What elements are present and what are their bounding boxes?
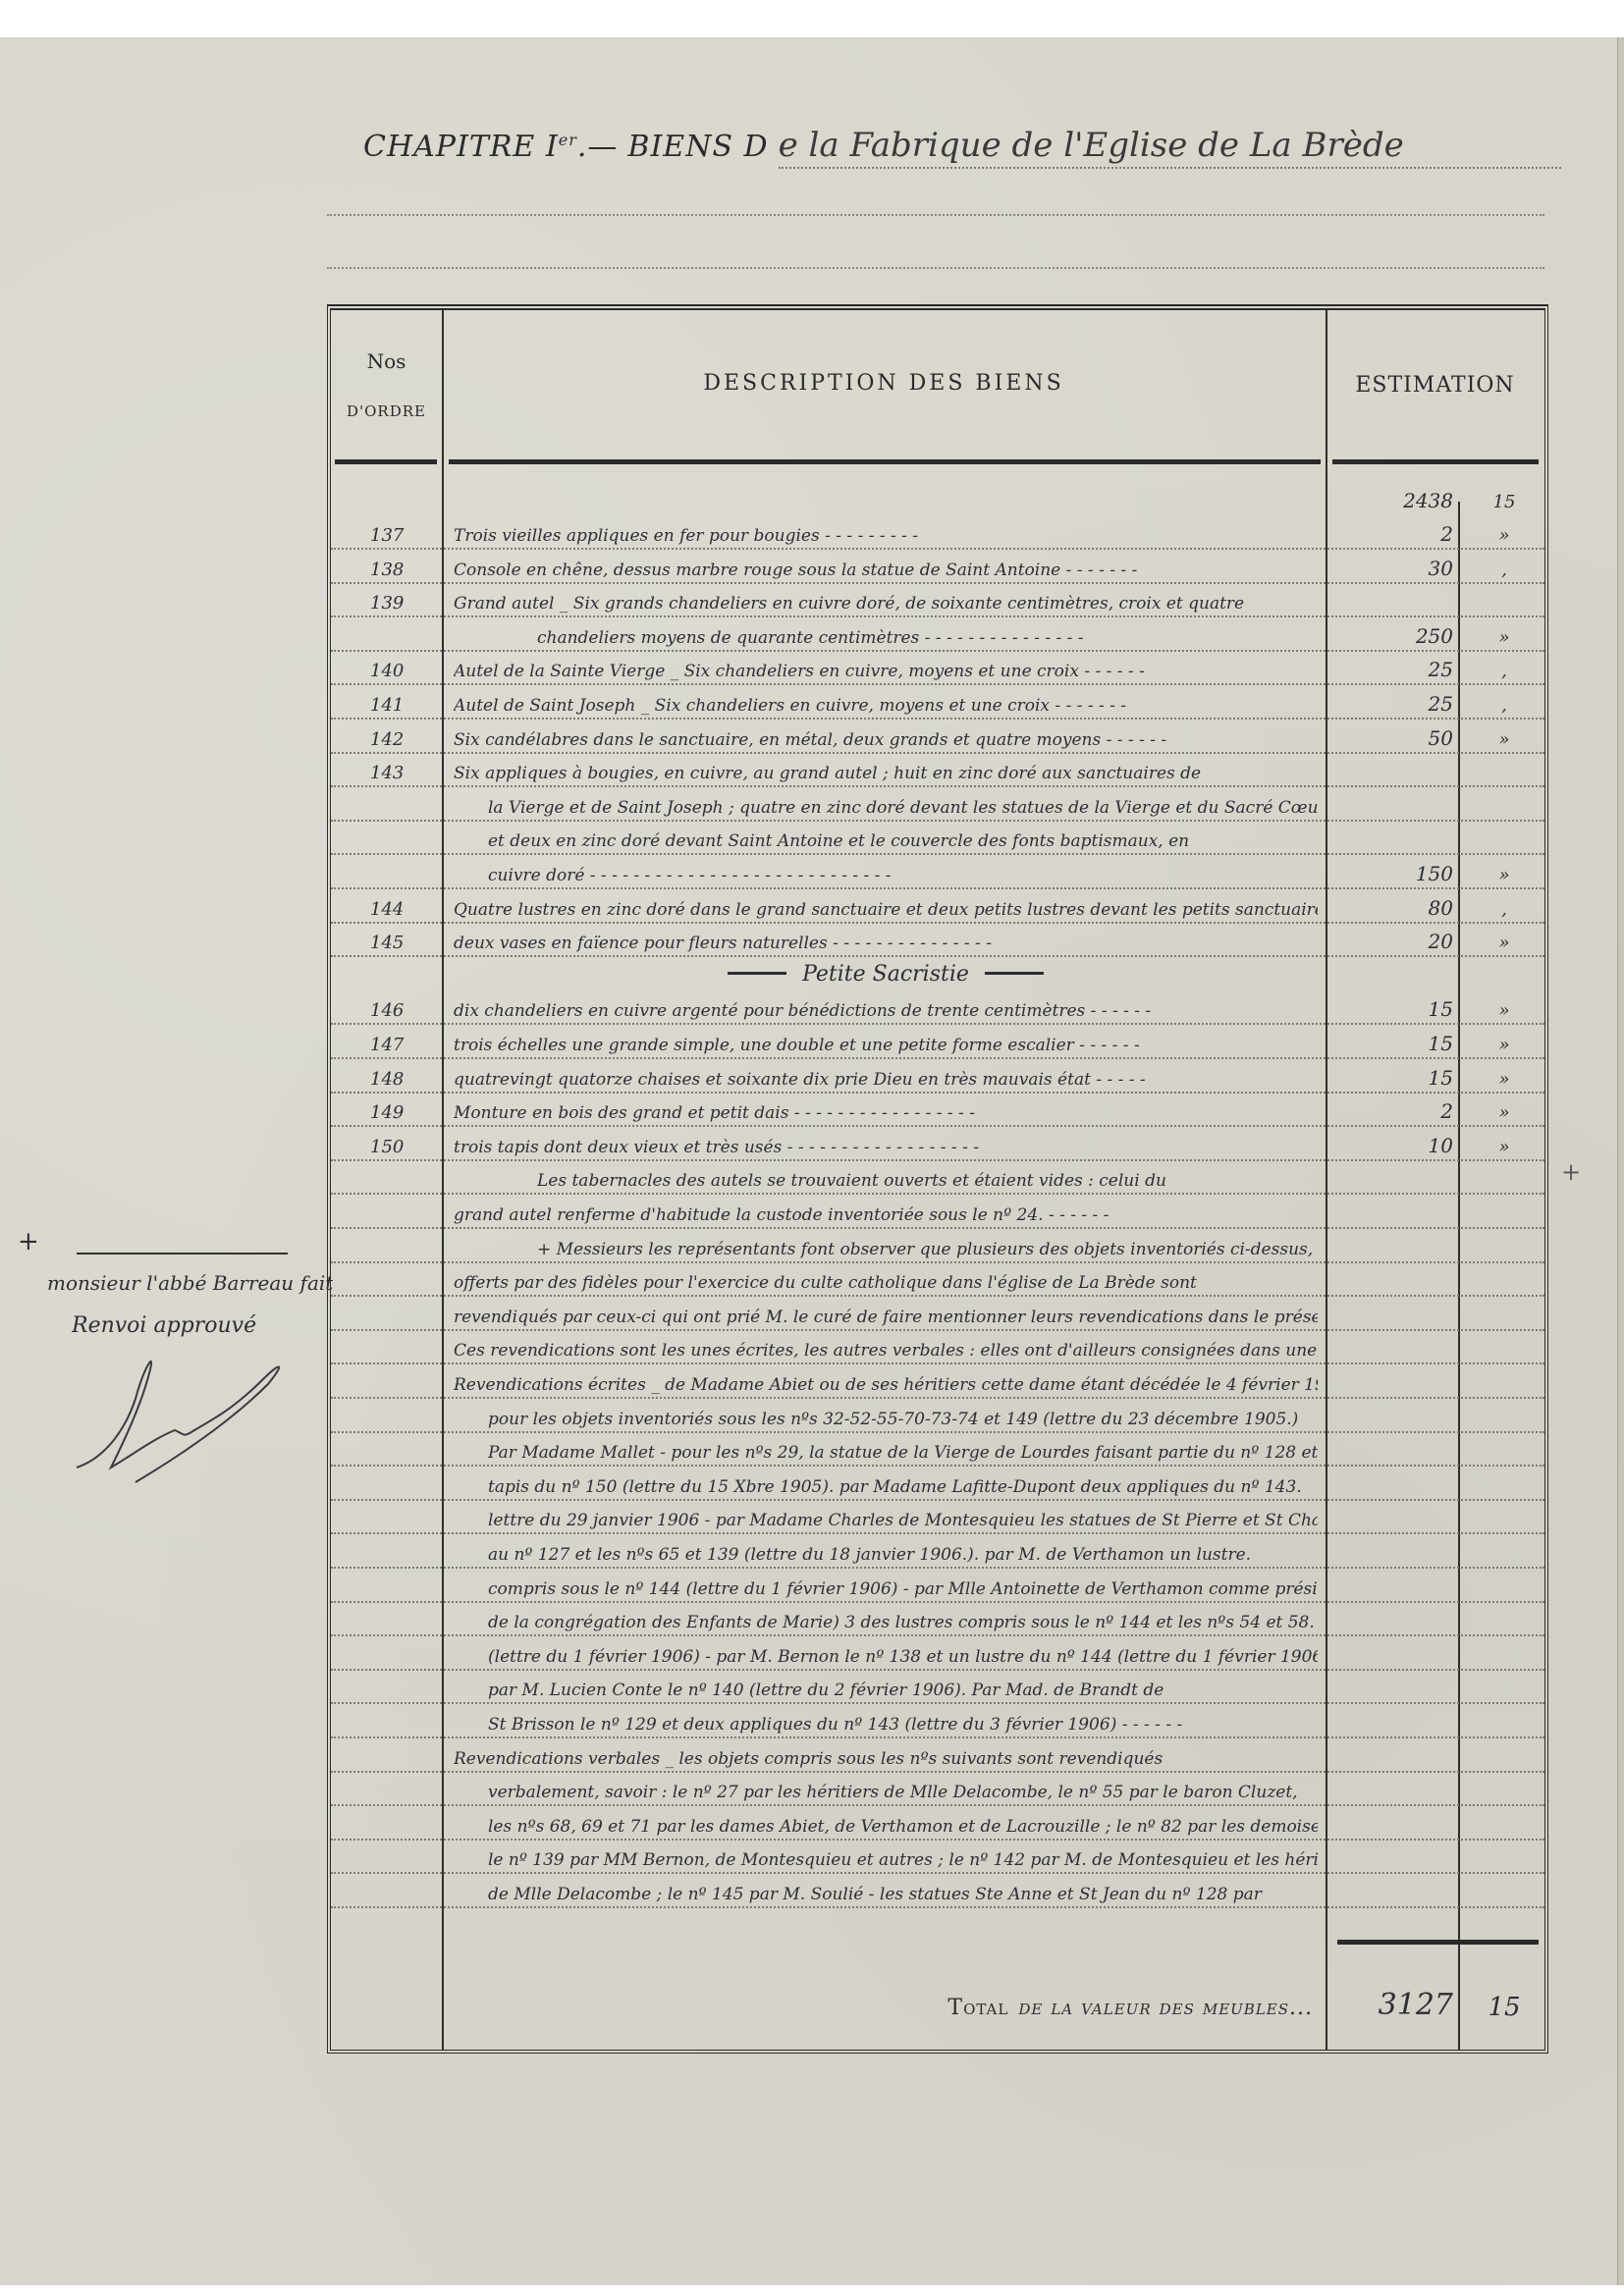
page-edge bbox=[1617, 37, 1624, 2285]
header-rule bbox=[335, 459, 437, 464]
row-description: + Messieurs les représentants font obser… bbox=[537, 1240, 1318, 1259]
table-row: 143Six appliques à bougies, en cuivre, a… bbox=[331, 756, 1544, 789]
row-rule bbox=[331, 853, 1544, 855]
table-row: 144Quatre lustres en zinc doré dans le g… bbox=[331, 892, 1544, 926]
total-row: Totalde la valeur des meubles... 3127 15 bbox=[331, 1979, 1544, 2028]
row-rule bbox=[331, 820, 1544, 822]
row-number: 146 bbox=[370, 1000, 439, 1021]
section-heading-row: Petite Sacristie bbox=[331, 960, 1544, 993]
row-description: Quatre lustres en zinc doré dans le gran… bbox=[454, 900, 1318, 920]
carried-cents: 15 bbox=[1470, 492, 1539, 512]
row-francs: 15 bbox=[1337, 1032, 1453, 1055]
row-description: compris sous le nº 144 (lettre du 1 févr… bbox=[488, 1579, 1318, 1599]
header-ordre: D'ORDRE bbox=[347, 402, 426, 420]
table-row: 146dix chandeliers en cuivre argenté pou… bbox=[331, 993, 1544, 1027]
carried-forward-row: 2438 15 bbox=[331, 485, 1544, 518]
row-description: trois tapis dont deux vieux et très usés… bbox=[454, 1138, 1318, 1157]
row-number: 137 bbox=[370, 525, 439, 546]
row-description: Les tabernacles des autels se trouvaient… bbox=[537, 1171, 1318, 1191]
row-description: Grand autel _ Six grands chandeliers en … bbox=[454, 594, 1318, 614]
row-description: et deux en zinc doré devant Saint Antoin… bbox=[488, 831, 1318, 851]
row-rule bbox=[331, 1702, 1544, 1704]
header-estimation: ESTIMATION bbox=[1326, 310, 1544, 459]
row-description: Six appliques à bougies, en cuivre, au g… bbox=[454, 764, 1318, 783]
chapter-label: CHAPITRE Ier.— bbox=[363, 130, 618, 164]
row-number: 144 bbox=[370, 899, 439, 920]
header-description: DESCRIPTION DES BIENS bbox=[442, 310, 1326, 459]
row-number: 145 bbox=[370, 933, 439, 953]
row-description: la Vierge et de Saint Joseph ; quatre en… bbox=[488, 798, 1318, 818]
table-row: chandeliers moyens de quarante centimètr… bbox=[331, 620, 1544, 654]
row-francs: 50 bbox=[1337, 726, 1453, 750]
row-number: 147 bbox=[370, 1035, 439, 1055]
row-description: de Mlle Delacombe ; le nº 145 par M. Sou… bbox=[488, 1885, 1318, 1904]
row-rule bbox=[331, 1023, 1544, 1025]
table-row: les nºs 68, 69 et 71 par les dames Abiet… bbox=[331, 1809, 1544, 1842]
table-row: 137Trois vieilles appliques en fer pour … bbox=[331, 518, 1544, 552]
header-rule bbox=[1332, 459, 1539, 464]
row-description: trois échelles une grande simple, une do… bbox=[454, 1036, 1318, 1055]
row-description: revendiqués par ceux-ci qui ont prié M. … bbox=[454, 1308, 1318, 1327]
row-description: (lettre du 1 février 1906) - par M. Bern… bbox=[488, 1647, 1318, 1667]
row-rule bbox=[331, 1057, 1544, 1059]
row-francs: 30 bbox=[1337, 557, 1453, 580]
table-row: le nº 139 par MM Bernon, de Montesquieu … bbox=[331, 1842, 1544, 1876]
row-cents: , bbox=[1470, 899, 1539, 920]
row-number: 140 bbox=[370, 661, 439, 681]
row-rule bbox=[331, 650, 1544, 652]
row-description: deux vases en faïence pour fleurs nature… bbox=[454, 934, 1318, 953]
row-rule bbox=[331, 1362, 1544, 1364]
row-cents: , bbox=[1470, 661, 1539, 681]
row-francs: 15 bbox=[1337, 997, 1453, 1021]
table-row: pour les objets inventoriés sous les nºs… bbox=[331, 1402, 1544, 1435]
handwritten-title: e la Fabrique de l'Eglise de La Brède bbox=[779, 126, 1561, 169]
row-cents: » bbox=[1470, 627, 1539, 648]
row-rule bbox=[331, 1532, 1544, 1534]
row-rule bbox=[331, 1634, 1544, 1636]
row-francs: 20 bbox=[1337, 930, 1453, 953]
row-cents: » bbox=[1470, 1102, 1539, 1123]
table-row: 139Grand autel _ Six grands chandeliers … bbox=[331, 586, 1544, 619]
row-description: Six candélabres dans le sanctuaire, en m… bbox=[454, 730, 1318, 750]
row-number: 141 bbox=[370, 695, 439, 716]
row-number: 139 bbox=[370, 593, 439, 614]
row-description: Console en chêne, dessus marbre rouge so… bbox=[454, 561, 1318, 580]
row-rule bbox=[331, 1261, 1544, 1263]
row-number: 149 bbox=[370, 1102, 439, 1123]
row-rule bbox=[331, 1669, 1544, 1671]
table-row: de la congrégation des Enfants de Marie)… bbox=[331, 1605, 1544, 1638]
table-row: Par Madame Mallet - pour les nºs 29, la … bbox=[331, 1435, 1544, 1468]
total-label: Totalde la valeur des meubles... bbox=[947, 1996, 1313, 2020]
row-description: dix chandeliers en cuivre argenté pour b… bbox=[454, 1001, 1318, 1021]
row-description: de la congrégation des Enfants de Marie)… bbox=[488, 1613, 1318, 1632]
row-description: cuivre doré - - - - - - - - - - - - - - … bbox=[488, 866, 1318, 885]
row-description: Monture en bois des grand et petit dais … bbox=[454, 1103, 1318, 1123]
plus-mark: + bbox=[1561, 1158, 1581, 1186]
carried-francs: 2438 bbox=[1337, 489, 1453, 512]
row-francs: 2 bbox=[1337, 1099, 1453, 1123]
row-description: grand autel renferme d'habitude la custo… bbox=[454, 1205, 1318, 1225]
row-number: 150 bbox=[370, 1137, 439, 1157]
row-number: 138 bbox=[370, 560, 439, 580]
table-row: 140Autel de la Sainte Vierge _ Six chand… bbox=[331, 654, 1544, 687]
row-description: verbalement, savoir : le nº 27 par les h… bbox=[488, 1783, 1318, 1802]
row-cents: » bbox=[1470, 525, 1539, 546]
row-rule bbox=[331, 582, 1544, 584]
row-description: Revendications verbales _ les objets com… bbox=[454, 1749, 1318, 1769]
table-row: St Brisson le nº 129 et deux appliques d… bbox=[331, 1707, 1544, 1740]
row-rule bbox=[331, 887, 1544, 889]
row-number: 143 bbox=[370, 763, 439, 783]
header-nos-ordre: Nos D'ORDRE bbox=[331, 310, 442, 459]
row-description: Par Madame Mallet - pour les nºs 29, la … bbox=[488, 1443, 1318, 1463]
row-rule bbox=[331, 615, 1544, 617]
row-francs: 150 bbox=[1337, 862, 1453, 885]
row-francs: 25 bbox=[1337, 658, 1453, 681]
row-description: quatrevingt quatorze chaises et soixante… bbox=[454, 1070, 1318, 1090]
row-cents: » bbox=[1470, 729, 1539, 750]
table-row: revendiqués par ceux-ci qui ont prié M. … bbox=[331, 1300, 1544, 1333]
row-description: le nº 139 par MM Bernon, de Montesquieu … bbox=[488, 1850, 1318, 1870]
table-row: lettre du 29 janvier 1906 - par Madame C… bbox=[331, 1503, 1544, 1536]
row-cents: » bbox=[1470, 933, 1539, 953]
table-row: compris sous le nº 144 (lettre du 1 févr… bbox=[331, 1572, 1544, 1605]
row-francs: 250 bbox=[1337, 624, 1453, 648]
row-rule bbox=[331, 1329, 1544, 1331]
table-row: la Vierge et de Saint Joseph ; quatre en… bbox=[331, 790, 1544, 824]
total-francs: 3127 bbox=[1337, 1988, 1453, 2022]
table-row: 150trois tapis dont deux vieux et très u… bbox=[331, 1130, 1544, 1163]
table-row: 149Monture en bois des grand et petit da… bbox=[331, 1095, 1544, 1129]
table-row: au nº 127 et les nºs 65 et 139 (lettre d… bbox=[331, 1537, 1544, 1571]
row-rule bbox=[331, 1092, 1544, 1094]
row-rule bbox=[331, 1465, 1544, 1467]
table-row: cuivre doré - - - - - - - - - - - - - - … bbox=[331, 858, 1544, 891]
row-francs: 15 bbox=[1337, 1066, 1453, 1090]
margin-note-line1: monsieur l'abbé Barreau fait bbox=[47, 1271, 333, 1295]
header-rule bbox=[449, 459, 1321, 464]
table-row: + Messieurs les représentants font obser… bbox=[331, 1232, 1544, 1265]
table-row: 141Autel de Saint Joseph _ Six chandelie… bbox=[331, 688, 1544, 721]
row-description: lettre du 29 janvier 1906 - par Madame C… bbox=[488, 1511, 1318, 1530]
row-rule bbox=[331, 1193, 1544, 1195]
row-rule bbox=[331, 1601, 1544, 1603]
table-row: offerts par des fidèles pour l'exercice … bbox=[331, 1265, 1544, 1299]
row-description: Ces revendications sont les unes écrites… bbox=[454, 1341, 1318, 1361]
blank-dotted-line bbox=[327, 214, 1544, 216]
row-rule bbox=[331, 1397, 1544, 1399]
table-row: tapis du nº 150 (lettre du 15 Xbre 1905)… bbox=[331, 1469, 1544, 1503]
signature-icon bbox=[67, 1340, 302, 1487]
row-rule bbox=[331, 1499, 1544, 1501]
row-rule bbox=[331, 1906, 1544, 1908]
row-cents: , bbox=[1470, 560, 1539, 580]
row-description: Trois vieilles appliques en fer pour bou… bbox=[454, 526, 1318, 546]
table-row: de Mlle Delacombe ; le nº 145 par M. Sou… bbox=[331, 1877, 1544, 1910]
total-handwritten: de la valeur des meubles... bbox=[1018, 1996, 1313, 2020]
table-row: Ces revendications sont les unes écrites… bbox=[331, 1333, 1544, 1366]
row-cents: » bbox=[1470, 1069, 1539, 1090]
row-description: Autel de la Sainte Vierge _ Six chandeli… bbox=[454, 662, 1318, 681]
row-rule bbox=[331, 1771, 1544, 1773]
row-rule bbox=[331, 785, 1544, 787]
table-row: Revendications écrites _ de Madame Abiet… bbox=[331, 1367, 1544, 1401]
row-cents: » bbox=[1470, 865, 1539, 885]
blank-dotted-line bbox=[327, 267, 1544, 269]
row-rule bbox=[331, 683, 1544, 685]
row-rule bbox=[331, 718, 1544, 720]
row-rule bbox=[331, 1736, 1544, 1738]
table-row: 138Console en chêne, dessus marbre rouge… bbox=[331, 553, 1544, 586]
row-rule bbox=[331, 1872, 1544, 1874]
row-description: tapis du nº 150 (lettre du 15 Xbre 1905)… bbox=[488, 1477, 1318, 1497]
row-rule bbox=[331, 1804, 1544, 1806]
row-francs: 25 bbox=[1337, 692, 1453, 716]
row-description: chandeliers moyens de quarante centimètr… bbox=[537, 628, 1318, 648]
row-cents: » bbox=[1470, 1137, 1539, 1157]
row-description: pour les objets inventoriés sous les nºs… bbox=[488, 1410, 1318, 1429]
row-rule bbox=[331, 1295, 1544, 1297]
table-row: 148quatrevingt quatorze chaises et soixa… bbox=[331, 1062, 1544, 1095]
row-description: par M. Lucien Conte le nº 140 (lettre du… bbox=[488, 1681, 1318, 1700]
table-row: et deux en zinc doré devant Saint Antoin… bbox=[331, 824, 1544, 857]
row-number: 142 bbox=[370, 729, 439, 750]
biens-label: BIENS D bbox=[627, 130, 768, 164]
inventory-table: Nos D'ORDRE DESCRIPTION DES BIENS ESTIMA… bbox=[327, 304, 1548, 2054]
row-francs: 2 bbox=[1337, 522, 1453, 546]
table-row: Les tabernacles des autels se trouvaient… bbox=[331, 1163, 1544, 1197]
row-description: au nº 127 et les nºs 65 et 139 (lettre d… bbox=[488, 1545, 1318, 1565]
row-rule bbox=[331, 922, 1544, 924]
row-cents: » bbox=[1470, 1000, 1539, 1021]
row-francs: 80 bbox=[1337, 896, 1453, 920]
row-rule bbox=[331, 752, 1544, 754]
row-rule bbox=[331, 1227, 1544, 1229]
table-row: par M. Lucien Conte le nº 140 (lettre du… bbox=[331, 1673, 1544, 1706]
row-description: Autel de Saint Joseph _ Six chandeliers … bbox=[454, 696, 1318, 716]
table-row: (lettre du 1 février 1906) - par M. Bern… bbox=[331, 1639, 1544, 1673]
plus-mark: + bbox=[18, 1227, 39, 1256]
row-rule bbox=[331, 1125, 1544, 1127]
row-description: les nºs 68, 69 et 71 par les dames Abiet… bbox=[488, 1817, 1318, 1837]
row-rule bbox=[331, 1431, 1544, 1433]
row-rule bbox=[331, 1839, 1544, 1841]
table-row: 142Six candélabres dans le sanctuaire, e… bbox=[331, 722, 1544, 756]
table-row: 147trois échelles une grande simple, une… bbox=[331, 1028, 1544, 1061]
margin-note-line2: Renvoi approuvé bbox=[72, 1313, 256, 1338]
chapter-title: CHAPITRE Ier.— BIENS D e la Fabrique de … bbox=[363, 126, 1561, 185]
total-cents: 15 bbox=[1470, 1993, 1539, 2022]
row-rule bbox=[331, 548, 1544, 550]
table-row: grand autel renferme d'habitude la custo… bbox=[331, 1198, 1544, 1231]
row-francs: 10 bbox=[1337, 1134, 1453, 1157]
header-nos: Nos bbox=[367, 349, 406, 373]
row-rule bbox=[331, 1159, 1544, 1161]
row-description: Revendications écrites _ de Madame Abiet… bbox=[454, 1375, 1318, 1395]
section-heading: Petite Sacristie bbox=[454, 955, 1318, 988]
row-description: offerts par des fidèles pour l'exercice … bbox=[454, 1273, 1318, 1293]
row-description: St Brisson le nº 129 et deux appliques d… bbox=[488, 1715, 1318, 1735]
row-rule bbox=[331, 1567, 1544, 1569]
margin-rule bbox=[77, 1253, 288, 1255]
total-rule bbox=[1337, 1940, 1539, 1945]
table-row: Revendications verbales _ les objets com… bbox=[331, 1741, 1544, 1775]
row-number: 148 bbox=[370, 1069, 439, 1090]
row-cents: » bbox=[1470, 1035, 1539, 1055]
row-cents: , bbox=[1470, 695, 1539, 716]
table-row: verbalement, savoir : le nº 27 par les h… bbox=[331, 1775, 1544, 1808]
